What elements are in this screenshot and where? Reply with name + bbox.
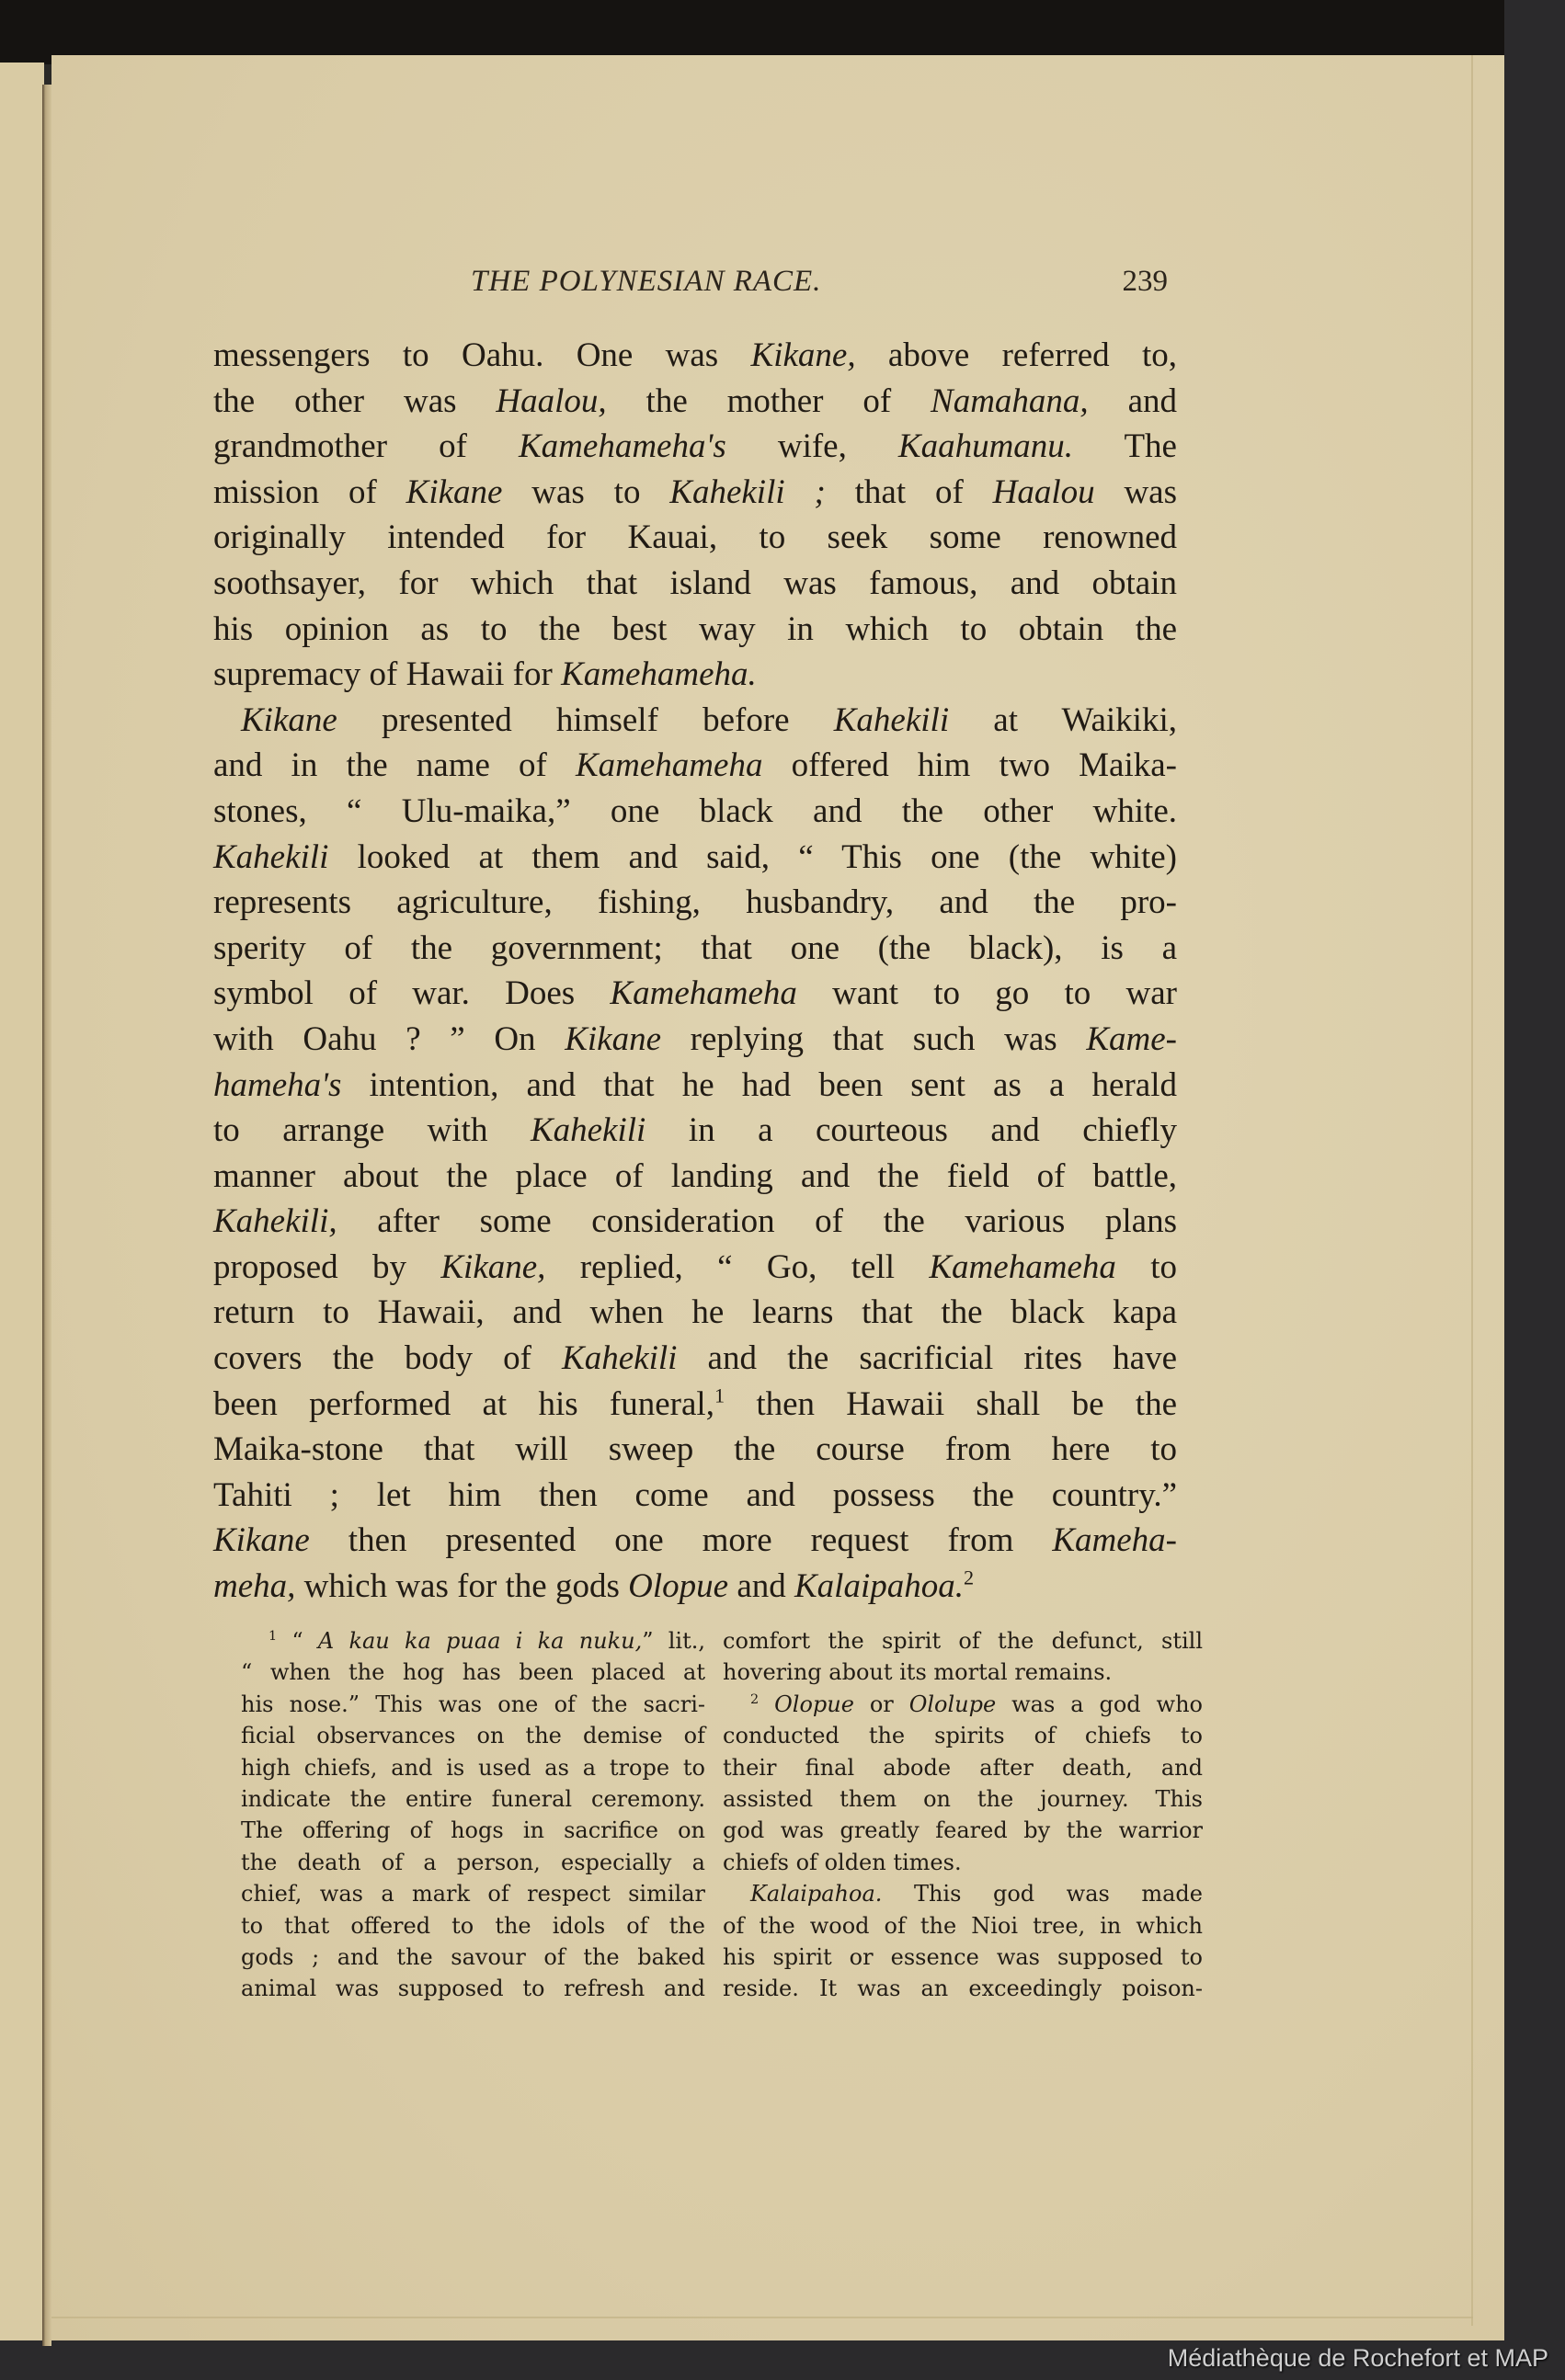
text-line: originally intended for Kauai, to seek s… <box>213 515 1177 561</box>
italic-term: Kaahumanu. <box>898 427 1073 465</box>
text-line: covers the body of Kahekili and the sacr… <box>213 1336 1177 1382</box>
text-run: This god was made <box>882 1881 1203 1907</box>
text-run: animal was supposed to refresh and <box>241 1976 705 2001</box>
footnote-line: 2 Olopue or Ololupe was a god who <box>723 1689 1203 1720</box>
text-line: the other was Haalou, the mother of Nama… <box>213 379 1177 425</box>
page-edge-line-bottom <box>51 2317 1473 2318</box>
text-line: Kikane then presented one more request f… <box>213 1518 1177 1564</box>
footnote-line: his spirit or essence was supposed to <box>723 1942 1203 1973</box>
text-line: hameha's intention, and that he had been… <box>213 1063 1177 1109</box>
book-gutter <box>42 85 51 2346</box>
page-edge-line <box>1471 55 1473 2326</box>
footnote-line: high chiefs, and is used as a trope to <box>241 1752 705 1783</box>
text-run: been performed at his funeral, <box>213 1385 714 1423</box>
running-title: THE POLYNESIAN RACE. <box>471 265 821 299</box>
text-line: Kahekili looked at them and said, “ This… <box>213 835 1177 881</box>
italic-term: Kahekili <box>531 1111 645 1149</box>
italic-term: Olopue <box>774 1691 854 1717</box>
text-run: to <box>1116 1248 1177 1286</box>
footnote-line: to that offered to the idols of the <box>241 1910 705 1942</box>
text-run: originally intended for Kauai, to seek s… <box>213 518 1177 556</box>
footnote-marker: 2 <box>750 1692 759 1707</box>
italic-term: Kikane <box>565 1020 661 1058</box>
text-run: messengers to Oahu. One was <box>213 336 751 374</box>
italic-term: A kau ka puaa i ka nuku, <box>318 1628 642 1654</box>
text-run: their final abode after death, and <box>723 1755 1203 1781</box>
text-line: Kahekili, after some consideration of th… <box>213 1199 1177 1245</box>
footnote-line: ficial observances on the demise of <box>241 1720 705 1751</box>
text-run: and <box>1089 382 1177 420</box>
text-line: Maika-stone that will sweep the course f… <box>213 1427 1177 1473</box>
footnote-line: gods ; and the savour of the baked <box>241 1942 705 1973</box>
text-run: conducted the spirits of chiefs to <box>723 1723 1203 1748</box>
text-run: ficial observances on the demise of <box>241 1723 705 1748</box>
footnote-line: reside. It was an exceedingly poison- <box>723 1973 1203 2004</box>
footnote-line: comfort the spirit of the defunct, still <box>723 1625 1203 1657</box>
footnote-line: indicate the entire funeral ceremony. <box>241 1783 705 1815</box>
footnote-line: of the wood of the Nioi tree, in which <box>723 1910 1203 1942</box>
text-run: gods ; and the savour of the baked <box>241 1944 705 1970</box>
italic-term: Kahekili <box>213 838 328 876</box>
text-run: his opinion as to the best way in which … <box>213 610 1177 648</box>
italic-term: Haalou, <box>496 382 606 420</box>
text-run: was <box>1095 473 1177 511</box>
text-run: at Waikiki, <box>949 701 1177 739</box>
text-run <box>759 1691 774 1717</box>
text-run: and in the name of <box>213 746 576 784</box>
previous-page-edge <box>0 63 44 2340</box>
text-run: then Hawaii shall be the <box>725 1385 1177 1423</box>
italic-term: Kahekili <box>834 701 949 739</box>
text-run: with Oahu ? ” On <box>213 1020 565 1058</box>
text-run: Maika-stone that will sweep the course f… <box>213 1430 1177 1468</box>
text-run: and the sacrificial rites have <box>677 1339 1177 1377</box>
footnote-marker: 1 <box>268 1629 277 1644</box>
text-line: stones, “ Ulu-maika,” one black and the … <box>213 789 1177 835</box>
text-run: mission of <box>213 473 406 511</box>
italic-term: Kikane, <box>440 1248 545 1286</box>
text-run: assisted them on the journey. This <box>723 1786 1203 1812</box>
text-line: represents agriculture, fishing, husband… <box>213 880 1177 926</box>
italic-term: Kalaipahoa. <box>794 1567 964 1605</box>
text-run: and <box>728 1567 794 1605</box>
italic-term: Kameha- <box>1052 1521 1177 1559</box>
text-run: his spirit or essence was supposed to <box>723 1944 1203 1970</box>
text-run: was to <box>502 473 669 511</box>
italic-term: Kikane, <box>751 336 856 374</box>
text-run: ” lit., <box>642 1628 705 1654</box>
text-run: god was greatly feared by the warrior <box>723 1817 1203 1843</box>
text-line: supremacy of Hawaii for Kamehameha. <box>213 652 1177 698</box>
text-line: proposed by Kikane, replied, “ Go, tell … <box>213 1245 1177 1291</box>
text-run: represents agriculture, fishing, husband… <box>213 883 1177 921</box>
footnote-line: The offering of hogs in sacrifice on <box>241 1815 705 1846</box>
italic-term: Kikane <box>241 701 337 739</box>
footnote-line: the death of a person, especially a <box>241 1847 705 1878</box>
italic-term: hameha's <box>213 1066 341 1104</box>
italic-term: meha, <box>213 1567 295 1605</box>
italic-term: Kamehameha <box>929 1248 1115 1286</box>
text-run: was a god who <box>996 1691 1203 1717</box>
text-line: mission of Kikane was to Kahekili ; that… <box>213 470 1177 516</box>
text-line: with Oahu ? ” On Kikane replying that su… <box>213 1017 1177 1063</box>
italic-term: Ololupe <box>909 1691 997 1717</box>
text-line: meha, which was for the gods Olopue and … <box>213 1564 1177 1610</box>
text-run: after some consideration of the various … <box>337 1202 1177 1240</box>
text-run: The <box>1073 427 1177 465</box>
italic-term: Haalou <box>993 473 1095 511</box>
text-run: the death of a person, especially a <box>241 1850 705 1875</box>
text-run: to that offered to the idols of the <box>241 1913 705 1939</box>
scan-background-right <box>1504 0 1565 2380</box>
footnote-line: assisted them on the journey. This <box>723 1783 1203 1815</box>
text-line: messengers to Oahu. One was Kikane, abov… <box>213 333 1177 379</box>
text-line: been performed at his funeral,1 then Haw… <box>213 1382 1177 1428</box>
footnote-line: chiefs of olden times. <box>723 1847 1203 1878</box>
text-line: manner about the place of landing and th… <box>213 1154 1177 1200</box>
footnote-line: conducted the spirits of chiefs to <box>723 1720 1203 1751</box>
italic-term: Kalaipahoa. <box>750 1881 882 1907</box>
text-run: indicate the entire funeral ceremony. <box>241 1786 705 1812</box>
text-run: or <box>854 1691 909 1717</box>
italic-term: Kahekili <box>562 1339 677 1377</box>
text-run: hovering about its mortal remains. <box>723 1659 1112 1685</box>
footnotes-right-column: comfort the spirit of the defunct, still… <box>723 1625 1203 2005</box>
text-run: symbol of war. Does <box>213 974 610 1012</box>
italic-term: Olopue <box>628 1567 728 1605</box>
text-run: the mother of <box>607 382 931 420</box>
text-line: sperity of the government; that one (the… <box>213 926 1177 972</box>
text-run: above referred to, <box>856 336 1177 374</box>
text-run: offered him two Maika- <box>762 746 1177 784</box>
footnote-line: his nose.” This was one of the sacri- <box>241 1689 705 1720</box>
page-number: 239 <box>1123 265 1169 299</box>
text-line: Kikane presented himself before Kahekili… <box>213 698 1177 744</box>
text-run: stones, “ Ulu-maika,” one black and the … <box>213 792 1177 830</box>
italic-term: Kahekili, <box>213 1202 337 1240</box>
text-run: grandmother of <box>213 427 519 465</box>
italic-term: Kamehameha. <box>561 655 757 693</box>
footnote-marker: 1 <box>714 1384 725 1406</box>
text-run: proposed by <box>213 1248 440 1286</box>
footnote-line: chief, was a mark of respect similar <box>241 1878 705 1909</box>
text-line: symbol of war. Does Kamehameha want to g… <box>213 971 1177 1017</box>
text-run: chiefs of olden times. <box>723 1850 962 1875</box>
footnote-line: god was greatly feared by the warrior <box>723 1815 1203 1846</box>
italic-term: Kamehameha's <box>519 427 726 465</box>
text-run: manner about the place of landing and th… <box>213 1157 1177 1195</box>
text-run: the other was <box>213 382 496 420</box>
italic-term: Kamehameha <box>610 974 796 1012</box>
footnotes-left-column: 1 “ A kau ka puaa i ka nuku,” lit.,“ whe… <box>241 1625 705 2005</box>
text-line: Tahiti ; let him then come and possess t… <box>213 1473 1177 1519</box>
text-run: comfort the spirit of the defunct, still <box>723 1628 1203 1654</box>
footnote-line: animal was supposed to refresh and <box>241 1973 705 2004</box>
text-run: wife, <box>726 427 898 465</box>
italic-term: Kamehameha <box>576 746 762 784</box>
running-head: THE POLYNESIAN RACE. 239 <box>211 265 1177 311</box>
italic-term: Namahana, <box>931 382 1089 420</box>
text-run: “ <box>277 1628 318 1654</box>
text-run: return to Hawaii, and when he learns tha… <box>213 1293 1177 1331</box>
text-run: of the wood of the Nioi tree, in which <box>723 1913 1203 1939</box>
italic-term: Kame- <box>1086 1020 1177 1058</box>
text-run: then presented one more request from <box>310 1521 1053 1559</box>
text-run: high chiefs, and is used as a trope to <box>241 1755 705 1781</box>
text-run: replying that such was <box>661 1020 1086 1058</box>
text-run: Tahiti ; let him then come and possess t… <box>213 1476 1177 1514</box>
text-run: covers the body of <box>213 1339 562 1377</box>
footnote-line: their final abode after death, and <box>723 1752 1203 1783</box>
text-run: which was for the gods <box>295 1567 628 1605</box>
text-run: presented himself before <box>337 701 834 739</box>
italic-term: Kikane <box>406 473 503 511</box>
footnote-marker: 2 <box>964 1566 974 1589</box>
text-run: intention, and that he had been sent as … <box>341 1066 1177 1104</box>
footnote-line: Kalaipahoa. This god was made <box>723 1878 1203 1909</box>
italic-term: Kahekili ; <box>669 473 826 511</box>
text-line: grandmother of Kamehameha's wife, Kaahum… <box>213 424 1177 470</box>
text-run: The offering of hogs in sacrifice on <box>241 1817 705 1843</box>
text-run: chief, was a mark of respect similar <box>241 1881 705 1907</box>
text-line: and in the name of Kamehameha offered hi… <box>213 743 1177 789</box>
text-line: return to Hawaii, and when he learns tha… <box>213 1290 1177 1336</box>
text-run: soothsayer, for which that island was fa… <box>213 564 1177 602</box>
text-line: to arrange with Kahekili in a courteous … <box>213 1108 1177 1154</box>
text-run: supremacy of Hawaii for <box>213 655 561 693</box>
text-run: in a courteous and chiefly <box>645 1111 1177 1149</box>
main-text: messengers to Oahu. One was Kikane, abov… <box>213 333 1177 1610</box>
text-run: that of <box>826 473 993 511</box>
text-run: sperity of the government; that one (the… <box>213 929 1177 967</box>
text-run: want to go to war <box>797 974 1177 1012</box>
text-run: “ when the hog has been placed at <box>241 1659 705 1685</box>
text-run: to arrange with <box>213 1111 531 1149</box>
footnote-line: “ when the hog has been placed at <box>241 1657 705 1688</box>
footnote-line: hovering about its mortal remains. <box>723 1657 1203 1688</box>
footnote-line: 1 “ A kau ka puaa i ka nuku,” lit., <box>241 1625 705 1657</box>
text-run: looked at them and said, “ This one (the… <box>328 838 1177 876</box>
watermark: Médiathèque de Rochefort et MAP <box>1168 2344 1548 2373</box>
text-line: his opinion as to the best way in which … <box>213 607 1177 653</box>
text-run: replied, “ Go, tell <box>545 1248 929 1286</box>
text-run: his nose.” This was one of the sacri- <box>241 1691 705 1717</box>
text-run: reside. It was an exceedingly poison- <box>723 1976 1203 2001</box>
italic-term: Kikane <box>213 1521 310 1559</box>
text-line: soothsayer, for which that island was fa… <box>213 561 1177 607</box>
